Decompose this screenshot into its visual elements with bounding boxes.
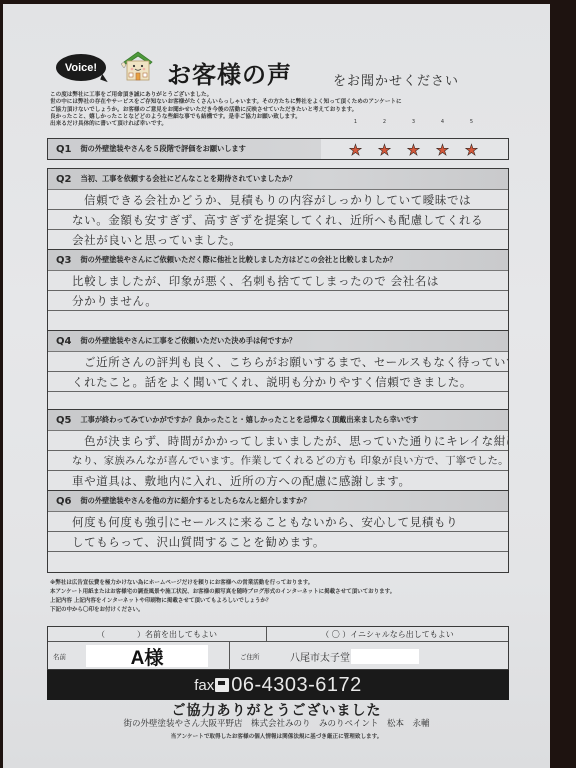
publication-notes: ※弊社は広告宣伝費を極力かけない為にホームページだけを頼りにお客様への営業活動を… — [50, 579, 520, 615]
star-option-3[interactable]: 3★ — [399, 140, 428, 159]
star-icon: ★ — [465, 141, 478, 159]
page-subtitle: をお聞かせください — [333, 70, 459, 89]
question-number: Q3 — [56, 255, 71, 266]
note-line: 本アンケート用紙またはお客様宅の調査風景や施工状況、お客様の顔写真を随時ブログ形… — [50, 588, 520, 597]
star-scale-label: 5 — [457, 119, 486, 125]
house-mascot-icon — [121, 50, 155, 82]
answer-line: 信頼できる会社かどうか、見積もりの内容がしっかりしていて曖昧では — [48, 190, 508, 210]
address-field[interactable]: 八尾市太子堂 — [290, 649, 350, 664]
note-line: 上記内容 上記内容をインターネットや印刷物に掲載させて頂いてもよろしいでしょうか… — [50, 597, 520, 606]
answer-line: 色が決まらず、時間がかかってしまいましたが、思っていた通りにキレイな紺に — [48, 431, 508, 451]
name-label: 名前 — [48, 652, 86, 661]
question-text: 街の外壁塗装やさんに工事をご依頼いただいた決め手は何ですか？ — [80, 336, 296, 346]
question-header: Q2 当初、工事を依頼する会社にどんなことを期待されていましたか？ — [48, 169, 508, 190]
answer-line: ご近所さんの評判も良く、こちらがお願いするまで、セールスもなく待っていて — [48, 352, 508, 372]
note-line: ※弊社は広告宣伝費を極力かけない為にホームページだけを頼りにお客様への営業活動を… — [50, 579, 520, 588]
question-header: Q3 街の外壁塗装やさんにご依頼いただく際に他社と比較しました方はどこの会社と比… — [48, 250, 508, 271]
answer-line: 比較しましたが、印象が悪く、名刺も捨ててしまったので 会社名は — [48, 271, 508, 291]
note-line: 下記の中から〇印をお付けください。 — [50, 606, 520, 615]
q1-label: Q1 街の外壁塗装やさんを５段階で評価をお願いします — [48, 139, 321, 159]
answer-line: なり、家族みんなが喜んでいます。作業してくれるどの方も 印象が良い方で、丁寧でし… — [48, 451, 508, 471]
star-rating[interactable]: 1★2★3★4★5★ — [341, 140, 486, 159]
question-text: 街の外壁塗装やさんを５段階で評価をお願いします — [80, 144, 245, 154]
option-initial-ok[interactable]: （ 〇 ）イニシャルなら出してもよい — [267, 627, 508, 641]
survey-sheet: Voice! お客様の声 をお聞かせください この度は弊社に工事をご用命頂き誠に… — [3, 4, 550, 768]
star-option-1[interactable]: 1★ — [341, 140, 370, 159]
option-name-ok[interactable]: （ ）名前を出してもよい — [48, 627, 267, 641]
answer-line: くれたこと。話をよく聞いてくれ、説明も分かりやすく信頼できました。 — [48, 372, 508, 392]
answer-line: 会社が良いと思っていました。 — [48, 230, 508, 250]
star-scale-label: 4 — [428, 119, 457, 125]
question-text: 当初、工事を依頼する会社にどんなことを期待されていましたか？ — [80, 174, 296, 184]
answer-line — [48, 552, 508, 572]
question-number: Q6 — [56, 496, 71, 507]
answer-line: 何度も何度も強引にセールスに来ることもないから、安心して見積もり — [48, 512, 508, 532]
voice-badge-label: Voice! — [65, 62, 97, 74]
fax-label: fax — [194, 677, 214, 694]
question-number: Q1 — [56, 144, 71, 155]
privacy-notice: 当アンケートで取得したお客様の個人情報は関係法規に基づき厳正に管理致します。 — [3, 732, 550, 740]
fax-machine-icon — [215, 678, 229, 692]
company-info: 街の外壁塗装やさん大阪平野店 株式会社みのり みのりペイント 松本 永輔 — [3, 717, 550, 729]
question-text: 街の外壁塗装やさんを他の方に紹介するとしたらなんと紹介しますか？ — [80, 496, 310, 506]
star-scale-label: 1 — [341, 119, 370, 125]
address-redaction — [351, 649, 419, 664]
column-divider — [208, 642, 230, 670]
answer-line: 車や道具は、敷地内に入れ、近所の方への配慮に感謝します。 — [48, 471, 508, 491]
question-number: Q2 — [56, 174, 71, 185]
permission-table: （ ）名前を出してもよい （ 〇 ）イニシャルなら出してもよい 名前 A様 ご住… — [47, 626, 509, 670]
star-option-4[interactable]: 4★ — [428, 140, 457, 159]
star-icon: ★ — [349, 141, 362, 159]
answer-line — [48, 311, 508, 331]
question-number: Q5 — [56, 415, 71, 426]
question-q4: Q4 街の外壁塗装やさんに工事をご依頼いただいた決め手は何ですか？ ご近所さんの… — [47, 330, 509, 413]
question-text: 工事が終わってみていかがですか？良かったこと・嬉しかったことを忌憚なく頂戴出来ま… — [80, 415, 418, 425]
intro-line: 世の中には弊社の存在やサービスをご存知ないお客様がたくさんいらっしゃいます。その… — [50, 99, 520, 106]
intro-line: ご協力頂けないでしょうか。お客様のご意見をお聞かせいただき今後の活動に反映させて… — [50, 107, 520, 114]
star-option-2[interactable]: 2★ — [370, 140, 399, 159]
question-header: Q5 工事が終わってみていかがですか？良かったこと・嬉しかったことを忌憚なく頂戴… — [48, 410, 508, 431]
voice-speech-bubble: Voice! — [56, 54, 106, 81]
question-q1-rating: Q1 街の外壁塗装やさんを５段階で評価をお願いします 1★2★3★4★5★ — [47, 138, 509, 160]
page-title: お客様の声 — [167, 55, 292, 90]
star-icon: ★ — [378, 141, 391, 159]
fax-bar: fax 06-4303-6172 — [47, 670, 509, 700]
star-scale-label: 3 — [399, 119, 428, 125]
answer-line: してもらって、沢山質問することを勧めます。 — [48, 532, 508, 552]
question-text: 街の外壁塗装やさんにご依頼いただく際に他社と比較しました方はどこの会社と比較しま… — [80, 255, 396, 265]
question-header: Q4 街の外壁塗装やさんに工事をご依頼いただいた決め手は何ですか？ — [48, 331, 508, 352]
question-q5: Q5 工事が終わってみていかがですか？良かったこと・嬉しかったことを忌憚なく頂戴… — [47, 409, 509, 492]
star-icon: ★ — [436, 141, 449, 159]
star-option-5[interactable]: 5★ — [457, 140, 486, 159]
name-field[interactable]: A様 — [86, 645, 208, 667]
star-scale-label: 2 — [370, 119, 399, 125]
question-q2: Q2 当初、工事を依頼する会社にどんなことを期待されていましたか？ 信頼できる会… — [47, 168, 509, 251]
question-number: Q4 — [56, 336, 71, 347]
address-label: ご住所 — [230, 652, 290, 661]
star-icon: ★ — [407, 141, 420, 159]
answer-line: ない。金額も安すぎず、高すぎずを提案してくれ、近所へも配慮してくれる — [48, 210, 508, 230]
question-q3: Q3 街の外壁塗装やさんにご依頼いただく際に他社と比較しました方はどこの会社と比… — [47, 249, 509, 332]
question-header: Q6 街の外壁塗装やさんを他の方に紹介するとしたらなんと紹介しますか？ — [48, 491, 508, 512]
fax-number[interactable]: 06-4303-6172 — [231, 674, 362, 697]
question-q6: Q6 街の外壁塗装やさんを他の方に紹介するとしたらなんと紹介しますか？ 何度も何… — [47, 490, 509, 573]
answer-line: 分かりません。 — [48, 291, 508, 311]
